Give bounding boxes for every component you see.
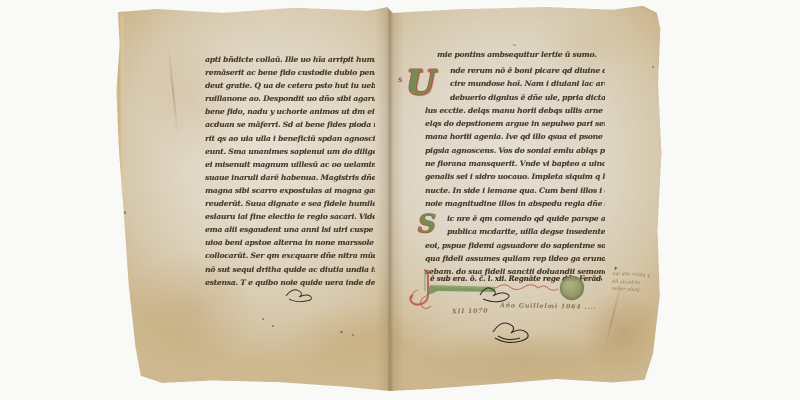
scribal-abbreviation-mark: ~ xyxy=(512,42,517,49)
manuscript-text-line: rit qs ao uia ulla i beneficiū spdan agn… xyxy=(205,132,375,145)
manuscript-text-line: publica mcdarite, uilla degse insedentes… xyxy=(447,225,605,238)
right-page-first-line: mie pontins ambsequitur lertie ū sumo. xyxy=(425,48,605,62)
ink-speck xyxy=(272,325,274,327)
manuscript-text-line: apti bñdicte collaū. Ille uo hīa arripit… xyxy=(205,53,375,66)
manuscript-text-line: uioa beni apstoe alterna in none marssol… xyxy=(205,236,375,249)
ink-scribble xyxy=(284,286,314,302)
manuscript-text-line: nde rerum nō ē boni picare qd diuine dig… xyxy=(450,64,605,77)
manuscript-text-line: nō sut sequi dritha quide ac diutia undi… xyxy=(205,263,375,276)
manuscript-text-line: deut gratie. Q ua de cetera psto hut iu … xyxy=(205,79,375,92)
manuscript-text-line: elqs do depstionem argue in sepulwo pari… xyxy=(425,117,605,130)
ink-speck xyxy=(262,318,264,320)
manuscript-text-line: ei misenuit magnum uillesū ac oo uelamin… xyxy=(205,158,375,171)
ink-speck xyxy=(340,331,343,333)
manuscript-photograph: apti bñdicte collaū. Ille uo hīa arripit… xyxy=(0,0,800,400)
folded-corner xyxy=(638,6,660,22)
annotation-date-right: Año Guillelmi 1064 .... xyxy=(500,302,596,312)
manuscript-text-line: bene fido, nadu y uchorie animos ut dm e… xyxy=(205,105,375,118)
ink-speck xyxy=(652,66,654,68)
ink-scribble xyxy=(478,283,510,301)
manuscript-text-line: ema alii esgaudent una anni lsi uiri cus… xyxy=(205,223,375,236)
left-page-text-block: apti bñdicte collaū. Ille uo hīa arripit… xyxy=(205,53,375,295)
manuscript-text-line: collocarūt. Ser qm excquare dñe nitra mū… xyxy=(205,249,375,262)
manuscript-text-line: noie magnitudine illos in abspedu regia … xyxy=(425,197,605,210)
manuscript-text-line: eslauru iai fine electio ie regio sacari… xyxy=(205,210,375,223)
ink-speck xyxy=(352,334,354,336)
manuscript-text-line: pigsia agnoscens. Vos do soniai emlu abl… xyxy=(425,144,605,157)
ink-scribble xyxy=(490,316,530,340)
library-stamp xyxy=(560,276,584,300)
manuscript-text-line: ic nre ē qm comendo qd quide parspe atie… xyxy=(447,212,605,225)
right-page-paragraph-unde: nde rerum nō ē boni picare qd diuine dig… xyxy=(425,64,605,212)
manuscript-text-line: ne fiorana mansquerit. Vnde vi bapteo a … xyxy=(425,157,605,170)
manuscript-text-line: mana horiii agenia. Ive qd illo qsua ei … xyxy=(425,130,605,143)
red-margin-mark: s xyxy=(398,74,403,84)
margin-note: aqi dñi ririda ydñ alcadrisseñor elunj xyxy=(611,271,662,296)
manuscript-text-line: nucte. In side i lemane qua. Cum beni il… xyxy=(425,184,605,197)
ink-speck xyxy=(124,211,126,214)
manuscript-text-line: suaue inaruli darē habenua. Magistris dñ… xyxy=(205,171,375,184)
page-fore-edge xyxy=(118,16,125,382)
manuscript-text-line: qua fideli assumes quliam rep ildeo ga e… xyxy=(425,252,605,265)
manuscript-text-line: eoi, pspue fidemi agsuadore do sapientme… xyxy=(425,239,605,252)
manuscript-text-line: eunt. Sma unanimes sapienui um do dilige… xyxy=(205,145,375,158)
manuscript-text-line: genalis sei i sidro uocauo. Impleta siqu… xyxy=(425,170,605,183)
manuscript-text-line: magna sibi scarro expostulas ai magna ga… xyxy=(205,184,375,197)
manuscript-text-line: remāserit ac bene fido custodie dubio pe… xyxy=(205,66,375,79)
manuscript-text-line: cire mundose hoī. Nam i diuiani lac arqs… xyxy=(450,77,605,90)
manuscript-text-line: acduan se māferri. Sd ai bene fides piod… xyxy=(205,118,375,131)
annotation-date-left: XII 1070 xyxy=(452,308,489,317)
manuscript-text-line: debuerio dignius ē dñe ule, ppria dictat… xyxy=(450,91,605,104)
manuscript-spread: apti bñdicte collaū. Ille uo hīa arripit… xyxy=(112,6,668,392)
center-fold-shadow xyxy=(376,6,404,392)
manuscript-text-line: reuderūt. Suua dignate e sea fidele humi… xyxy=(205,197,375,210)
manuscript-text-line: lus ecctie. delqs manu horii debqs ullis… xyxy=(425,104,605,117)
manuscript-text-line: mie pontins ambsequitur lertie ū sumo. xyxy=(437,48,605,61)
manuscript-text-line: ruillanone ao. Despondit uo dño sibi aga… xyxy=(205,92,375,105)
